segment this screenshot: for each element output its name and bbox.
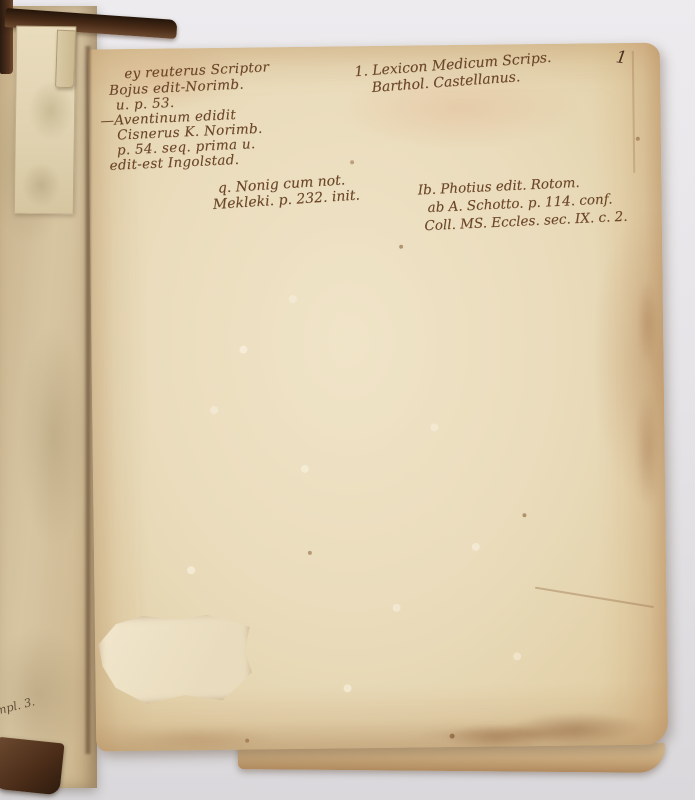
- crease-bottom-right: [535, 586, 654, 607]
- stain-right-edge: [626, 253, 663, 533]
- cover-bottom-leather-corner: [0, 737, 65, 796]
- crease-top-right: [632, 51, 635, 173]
- torn-paper-patch: [97, 611, 253, 706]
- flyleaf-page: 1 ey reuterus Scriptor Bojus edit-Norimb…: [88, 43, 669, 752]
- stain-bottom-left: [104, 713, 314, 752]
- gutter-crease: [84, 46, 91, 754]
- vellum-flap: [55, 30, 76, 89]
- page-number: 1: [614, 47, 628, 68]
- stain-bottom-middle: [376, 717, 656, 746]
- stain-bottom-right: [438, 686, 669, 747]
